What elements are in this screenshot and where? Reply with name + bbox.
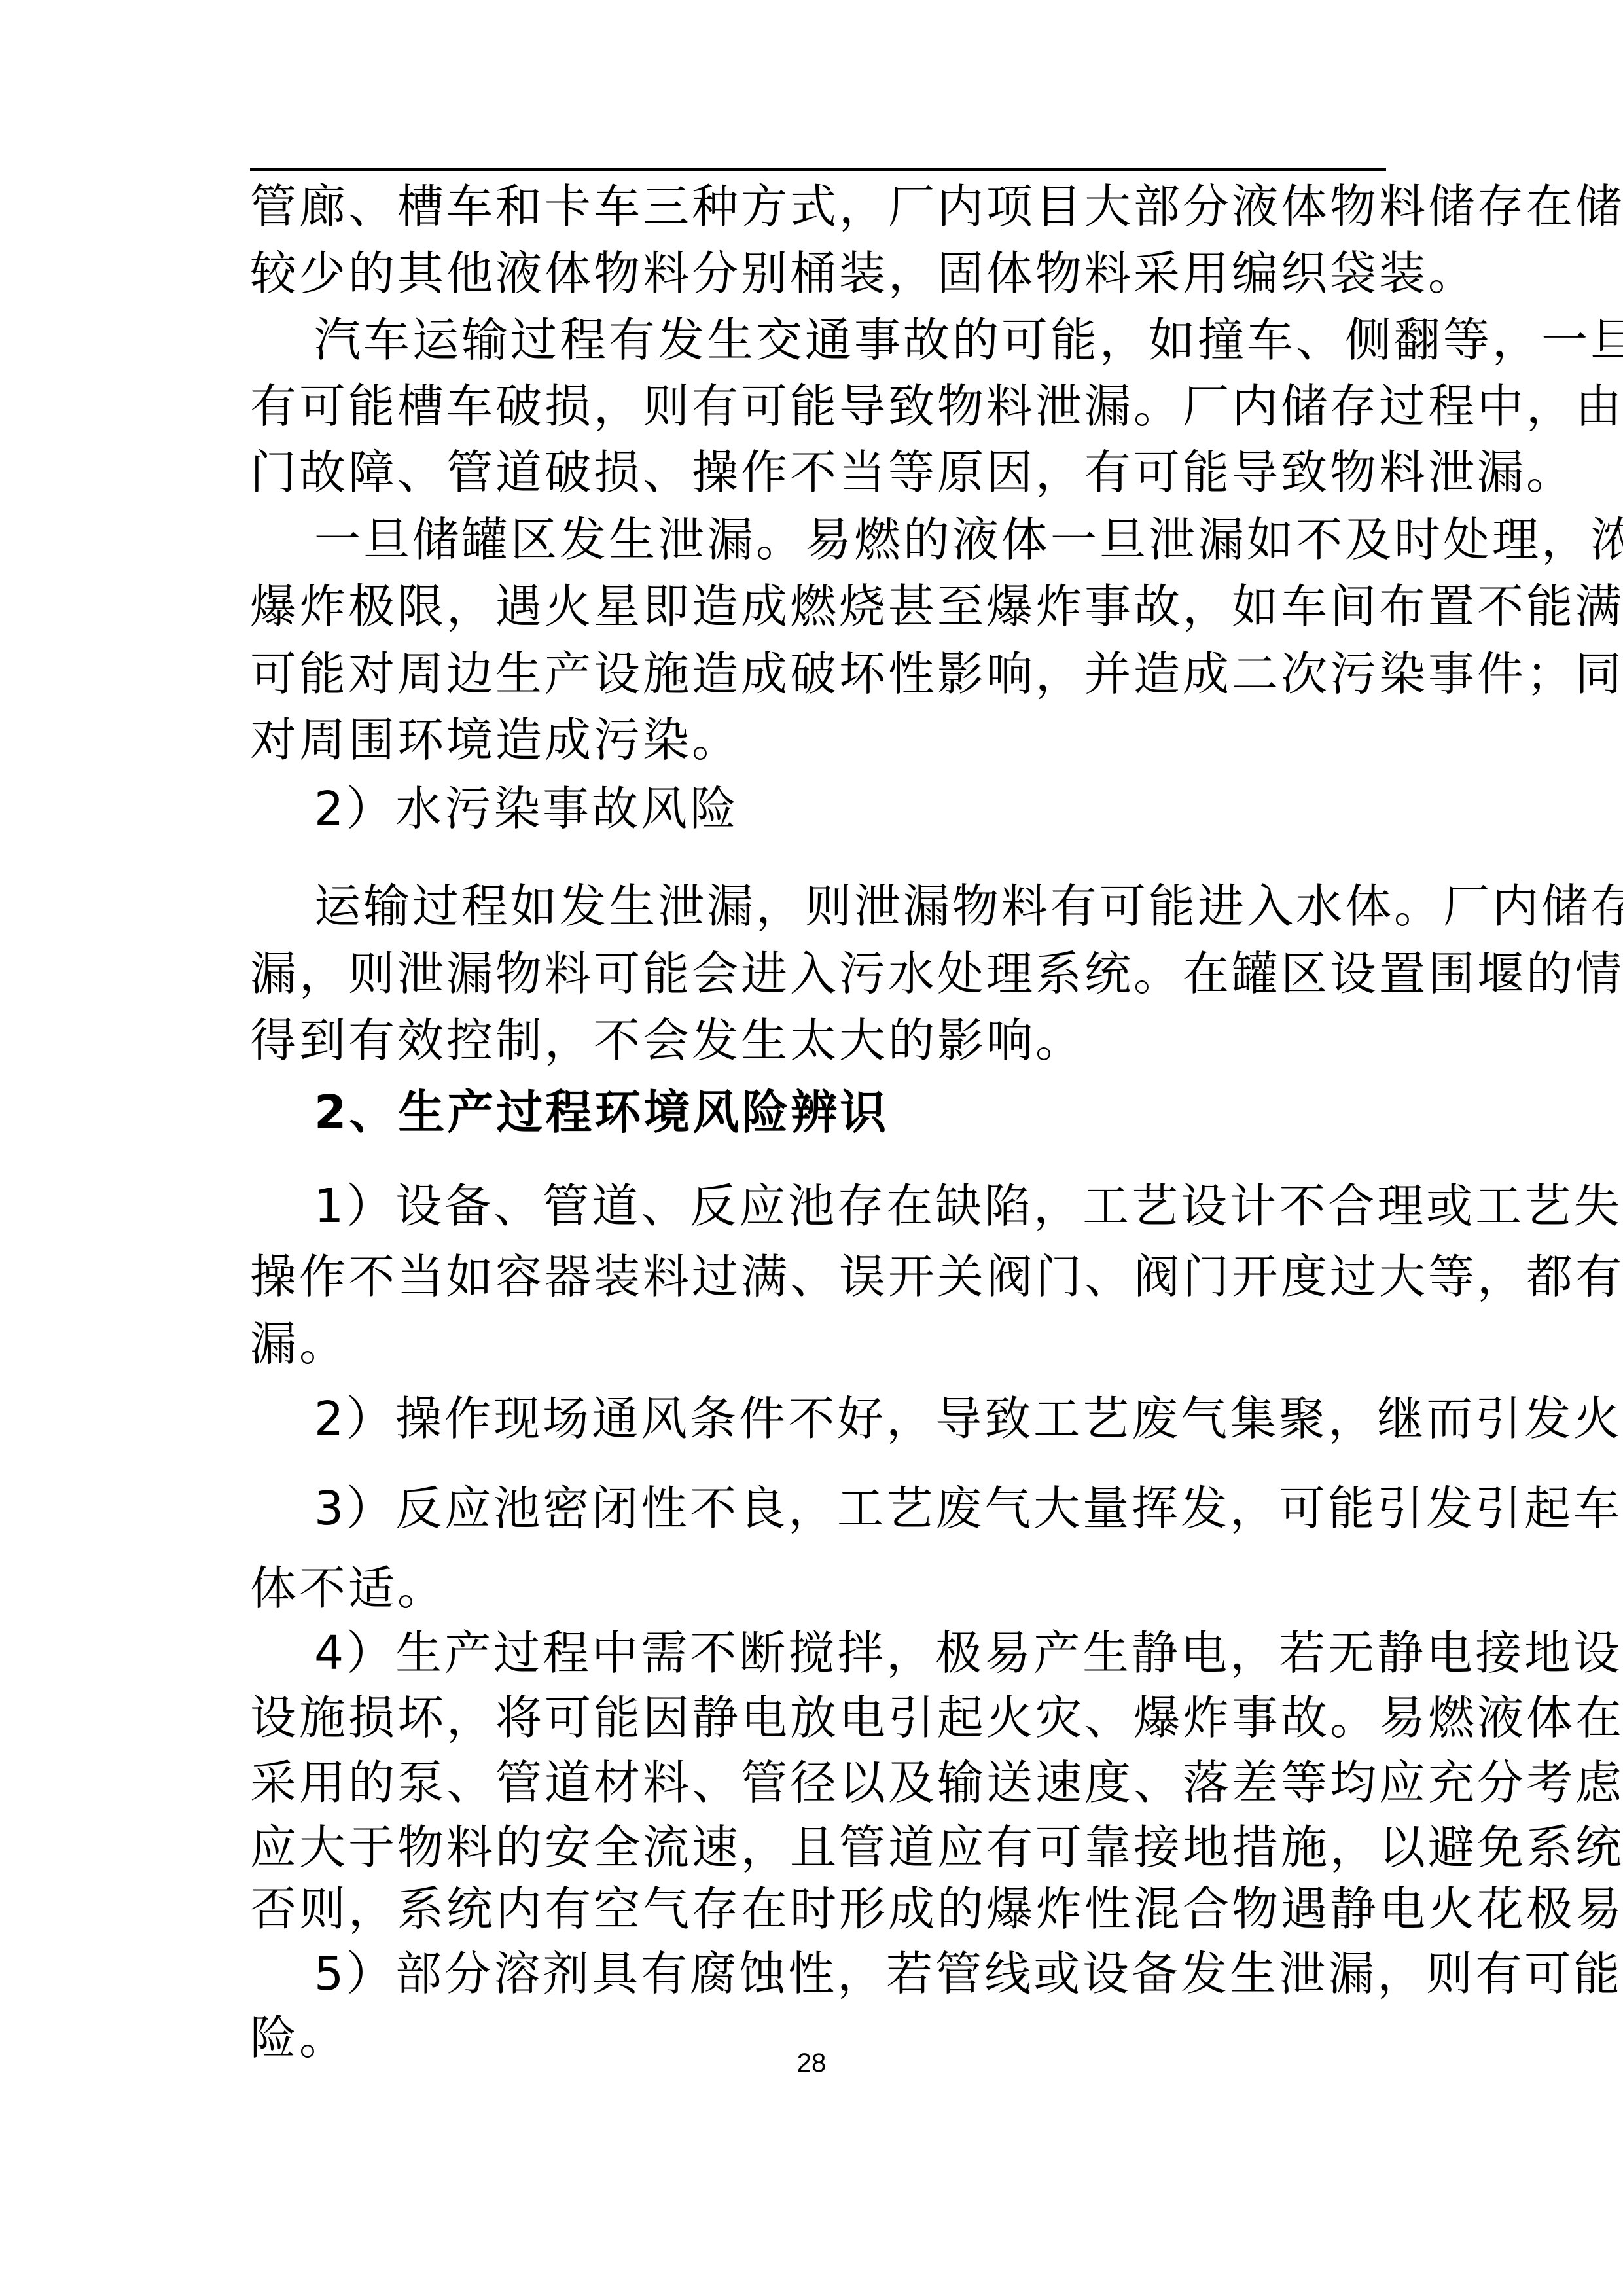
paragraph-line: 操作不当如容器装料过满、误开关阀门、阀门开度过大等，都有可能引起物料泄: [250, 1251, 1386, 1303]
paragraph-line: 一旦储罐区发生泄漏。易燃的液体一旦泄漏如不及时处理，浓度达到燃烧和: [314, 514, 1386, 566]
paragraph-line: 汽车运输过程有发生交通事故的可能，如撞车、侧翻等，一旦发生此类事故，: [314, 314, 1386, 367]
paragraph-line: 设施损坏，将可能因静电放电引起火灾、爆炸事故。易燃液体在管道输送时，所: [250, 1692, 1386, 1744]
paragraph-line: 否则，系统内有空气存在时形成的爆炸性混合物遇静电火花极易发生爆炸。: [250, 1883, 1386, 1935]
paragraph-line: 应大于物料的安全流速，且管道应有可靠接地措施，以避免系统内产生静电积聚。: [250, 1821, 1386, 1874]
paragraph-line: 采用的泵、管道材料、管径以及输送速度、落差等均应充分考虑。其管内流速不: [250, 1757, 1386, 1809]
paragraph-line: 1）设备、管道、反应池存在缺陷，工艺设计不合理或工艺失控引起冲料，: [314, 1180, 1386, 1232]
paragraph-line: 体不适。: [250, 1562, 1386, 1615]
paragraph-line: 有可能槽车破损，则有可能导致物料泄漏。厂内储存过程中，由于设备开裂、阀: [250, 380, 1386, 433]
paragraph-line: 漏，则泄漏物料可能会进入污水处理系统。在罐区设置围堰的情况下，泄漏可以: [250, 948, 1386, 1000]
paragraph-line: 门故障、管道破损、操作不当等原因，有可能导致物料泄漏。: [250, 446, 1386, 499]
paragraph-line: 对周围环境造成污染。: [250, 714, 1386, 766]
paragraph-line: 管廊、槽车和卡车三种方式，厂内项目大部分液体物料储存在储罐内，少量用量: [250, 181, 1386, 233]
paragraph-line: 3）反应池密闭性不良，工艺废气大量挥发，可能引发引起车间操作人员身: [314, 1482, 1386, 1535]
page-number: 28: [0, 2049, 1623, 2078]
paragraph-line: 得到有效控制，不会发生太大的影响。: [250, 1014, 1386, 1067]
paragraph-line: 可能对周边生产设施造成破坏性影响，并造成二次污染事件；同时储罐泄漏容易: [250, 648, 1386, 700]
paragraph-line: 较少的其他液体物料分别桶装，固体物料采用编织袋装。: [250, 247, 1386, 300]
paragraph-line: 漏。: [250, 1318, 1386, 1371]
header-rule: [250, 168, 1386, 171]
paragraph-line: 4）生产过程中需不断搅拌，极易产生静电，若无静电接地设施或静电接地: [314, 1627, 1386, 1679]
section-heading: 2、生产过程环境风险辨识: [314, 1086, 1386, 1139]
paragraph-line: 5）部分溶剂具有腐蚀性，若管线或设备发生泄漏，则有可能发生灼伤的危: [314, 1948, 1386, 2000]
paragraph-line: 运输过程如发生泄漏，则泄漏物料有可能进入水体。厂内储存过程如发生泄: [314, 880, 1386, 933]
paragraph-line: 2）操作现场通风条件不好，导致工艺废气集聚，继而引发火灾爆炸事故；: [314, 1393, 1386, 1445]
paragraph-line: 2）水污染事故风险: [314, 783, 1386, 835]
paragraph-line: 爆炸极限，遇火星即造成燃烧甚至爆炸事故，如车间布置不能满足消防要求，则: [250, 581, 1386, 633]
